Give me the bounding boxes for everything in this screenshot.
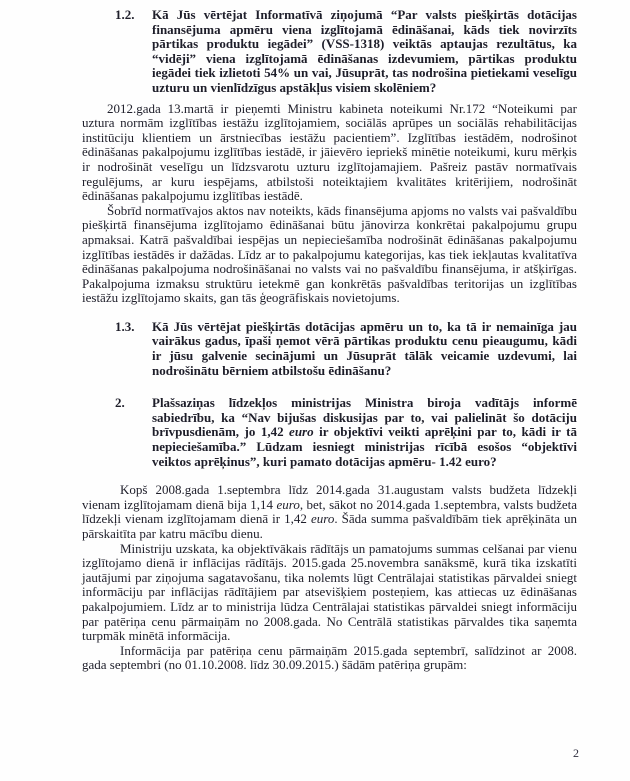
section-number-2: 2. bbox=[115, 396, 125, 411]
paragraph-1: 2012.gada 13.martā ir pieņemti Ministru … bbox=[82, 102, 577, 204]
paragraph-5: Informācija par patēriņa cenu pārmaiņām … bbox=[82, 644, 577, 673]
paragraph-3: Kopš 2008.gada 1.septembra līdz 2014.gad… bbox=[82, 483, 577, 541]
section-1-3: 1.3. Kā Jūs vērtējat piešķirtās dotācija… bbox=[82, 320, 577, 378]
section-question-1-3: Kā Jūs vērtējat piešķirtās dotācijas apm… bbox=[152, 320, 577, 378]
page-number: 2 bbox=[573, 746, 579, 760]
section-1-2: 1.2. Kā Jūs vērtējat Informatīvā ziņojum… bbox=[82, 8, 577, 96]
section-question-1-2: Kā Jūs vērtējat Informatīvā ziņojumā “Pa… bbox=[152, 8, 577, 96]
document-page: 1.2. Kā Jūs vērtējat Informatīvā ziņojum… bbox=[0, 0, 630, 781]
section-number-1-2: 1.2. bbox=[115, 8, 135, 23]
paragraph-2: Šobrīd normatīvajos aktos nav noteikts, … bbox=[82, 204, 577, 306]
paragraph-4: Ministriju uzskata, ka objektīvākais rād… bbox=[82, 542, 577, 644]
page-content: 1.2. Kā Jūs vērtējat Informatīvā ziņojum… bbox=[82, 8, 577, 673]
section-question-2: Plašsaziņas līdzekļos ministrijas Minist… bbox=[152, 396, 577, 469]
section-2: 2. Plašsaziņas līdzekļos ministrijas Min… bbox=[82, 396, 577, 469]
section-number-1-3: 1.3. bbox=[115, 320, 135, 335]
